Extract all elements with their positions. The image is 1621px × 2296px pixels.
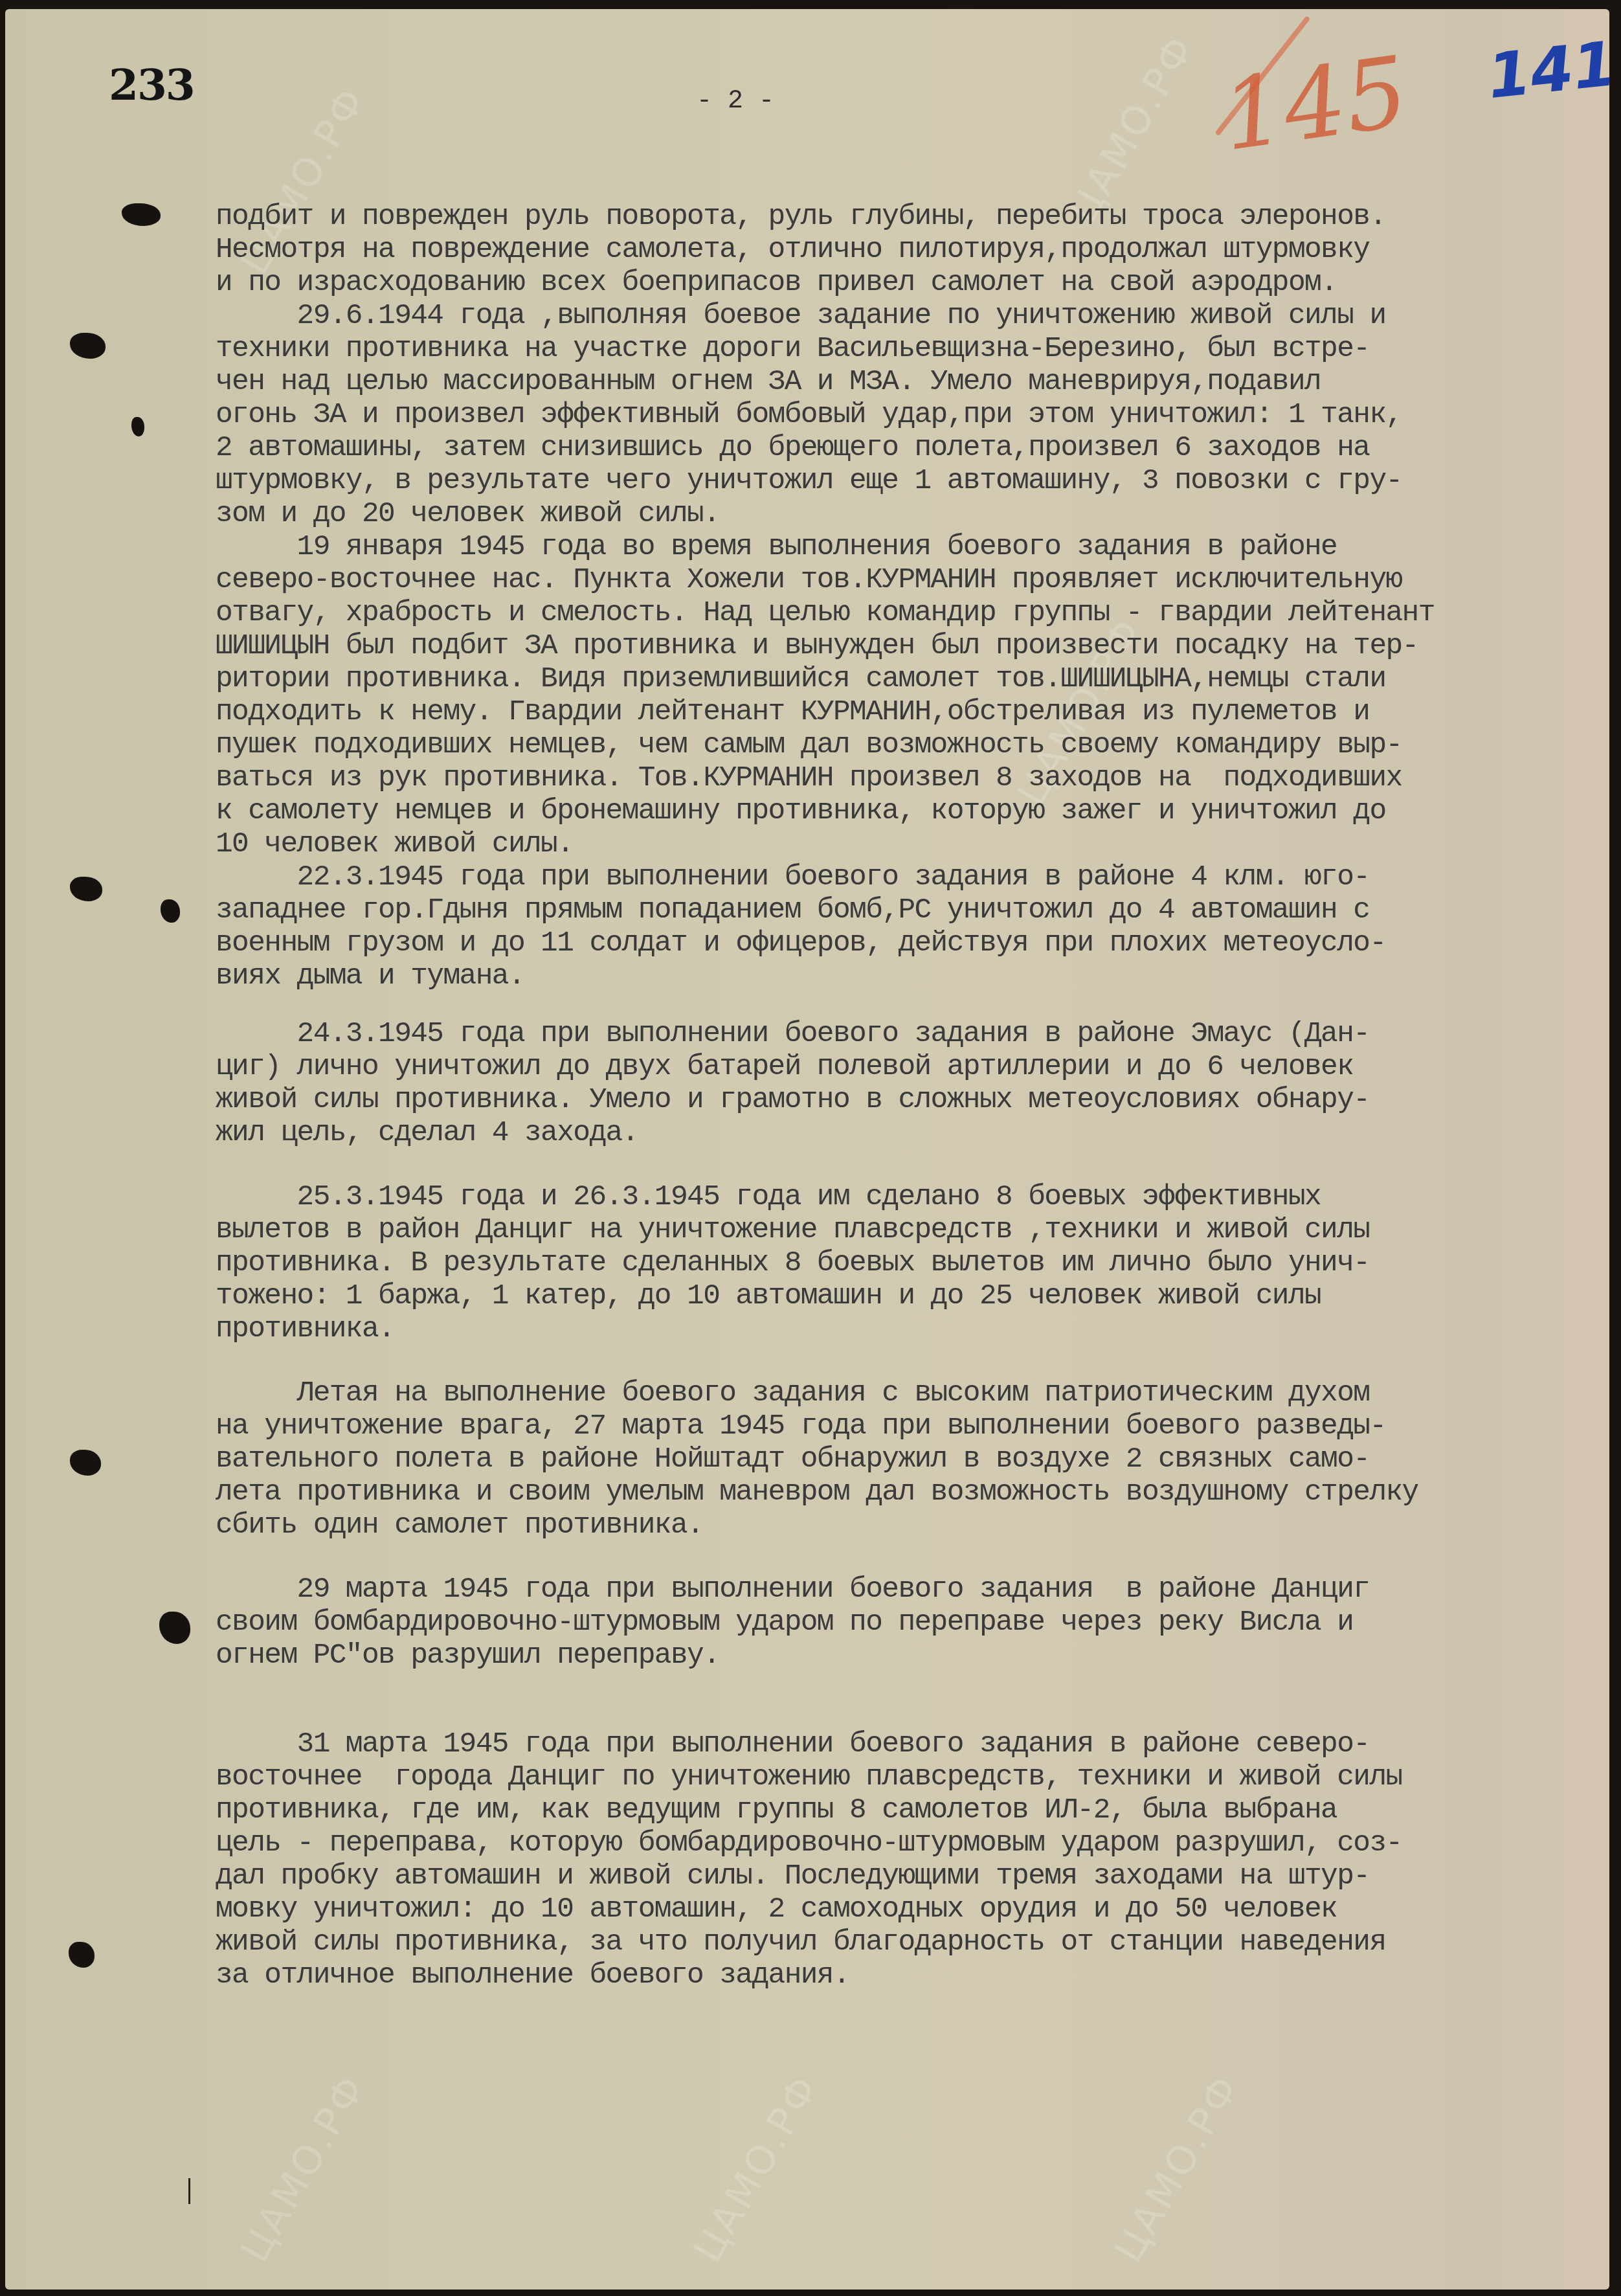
paragraph-25-26-03-1945: 25.3.1945 года и 26.3.1945 года им сдела… bbox=[216, 1181, 1575, 1346]
archive-sheet-number: 233 bbox=[109, 60, 194, 110]
watermark: ЦАМО.РФ bbox=[685, 2067, 828, 2269]
paragraph-27-03-1945: Летая на выполнение боевого задания с вы… bbox=[216, 1377, 1575, 1542]
document-body: подбит и поврежден руль поворота, руль г… bbox=[216, 201, 1575, 1992]
document-page: ЦАМО.РФ ЦАМО.РФ ЦАМО.РФ ЦАМО.РФ ЦАМО.РФ … bbox=[5, 9, 1609, 2290]
paragraph-damage-report: подбит и поврежден руль поворота, руль г… bbox=[216, 201, 1575, 300]
paragraph-31-03-1945: 31 марта 1945 года при выполнении боевог… bbox=[216, 1728, 1575, 1992]
punch-hole bbox=[70, 877, 102, 901]
paragraph-29-06-1944: 29.6.1944 года ,выполняя боевое задание … bbox=[216, 300, 1575, 531]
punch-hole bbox=[122, 203, 161, 226]
punch-hole bbox=[161, 899, 180, 923]
punch-hole bbox=[70, 1450, 101, 1476]
punch-hole bbox=[159, 1612, 190, 1644]
watermark: ЦАМО.РФ bbox=[1106, 2067, 1249, 2269]
punch-hole bbox=[69, 1942, 95, 1968]
punch-hole bbox=[131, 417, 144, 436]
handwritten-blue-number: 141 bbox=[1484, 28, 1620, 113]
watermark: ЦАМО.РФ bbox=[232, 2067, 375, 2269]
paper-mark bbox=[188, 2178, 190, 2204]
punch-hole bbox=[70, 333, 106, 359]
handwritten-red-number: 145 bbox=[1215, 36, 1414, 173]
watermark: ЦАМО.РФ bbox=[1060, 27, 1203, 230]
paragraph-24-03-1945: 24.3.1945 года при выполнении боевого за… bbox=[216, 1018, 1575, 1150]
paragraph-22-03-1945: 22.3.1945 года при выполнении боевого за… bbox=[216, 861, 1575, 993]
paragraph-19-01-1945: 19 января 1945 года во время выполнения … bbox=[216, 531, 1575, 861]
paragraph-29-03-1945: 29 марта 1945 года при выполнении боевог… bbox=[216, 1573, 1575, 1672]
page-number: - 2 - bbox=[697, 87, 774, 116]
